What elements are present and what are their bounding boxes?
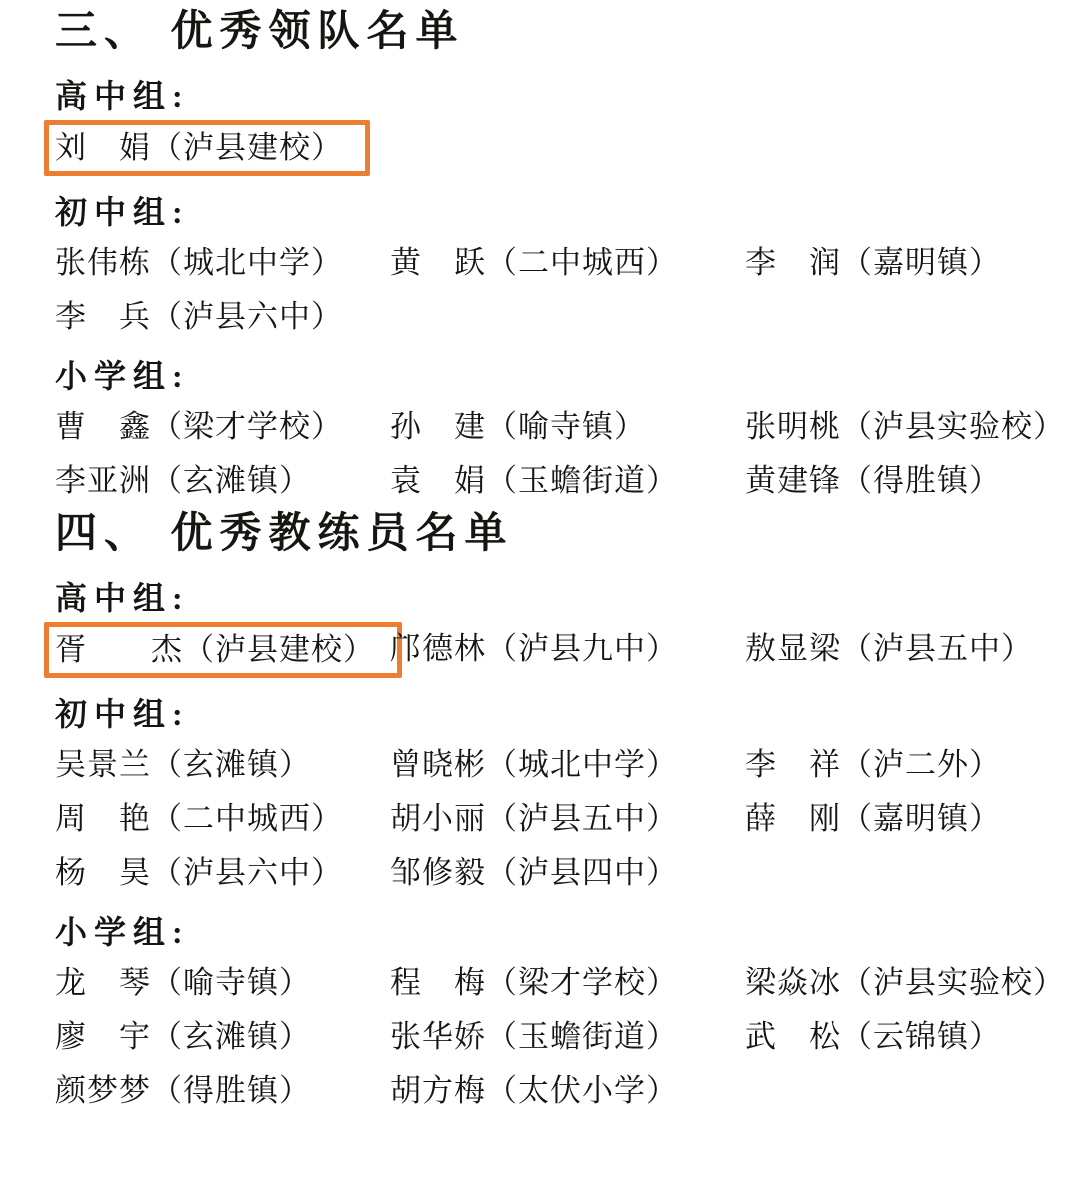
name-entry: 胡小丽（泸县五中） [390,792,678,846]
name-entry: 曾晓彬（城北中学） [390,738,678,792]
name-entry: 曹 鑫（梁才学校） [55,400,343,454]
name-entry-highlighted: 胥 杰（泸县建校） [44,622,402,678]
group-label: 高中组: [55,74,1055,118]
name-row: 张伟栋（城北中学）黄 跃（二中城西）李 润（嘉明镇） [55,236,1055,290]
name-entry: 李 兵（泸县六中） [55,290,343,344]
name-entry: 黄建锋（得胜镇） [745,454,1001,508]
name-entry: 黄 跃（二中城西） [390,236,678,290]
name-entry: 梁焱冰（泸县实验校） [745,956,1065,1010]
name-row: 李亚洲（玄滩镇）袁 娟（玉蟾街道）黄建锋（得胜镇） [55,454,1055,508]
name-row: 廖 宇（玄滩镇）张华娇（玉蟾街道）武 松（云锦镇） [55,1010,1055,1064]
name-entry: 薛 刚（嘉明镇） [745,792,1001,846]
name-entry: 袁 娟（玉蟾街道） [390,454,678,508]
award-section: 四、 优秀教练员名单高中组:胥 杰（泸县建校）邝德林（泸县九中）敖显梁（泸县五中… [55,508,1055,1118]
name-entry: 孙 建（喻寺镇） [390,400,646,454]
name-entry: 吴景兰（玄滩镇） [55,738,311,792]
name-entry: 周 艳（二中城西） [55,792,343,846]
name-entry: 颜梦梦（得胜镇） [55,1064,311,1118]
name-entry: 敖显梁（泸县五中） [745,622,1033,676]
name-entry: 张华娇（玉蟾街道） [390,1010,678,1064]
name-entry: 张伟栋（城北中学） [55,236,343,290]
name-entry: 邝德林（泸县九中） [390,622,678,676]
name-entry: 龙 琴（喻寺镇） [55,956,311,1010]
document-page: 三、 优秀领队名单高中组:刘 娟（泸县建校）初中组:张伟栋（城北中学）黄 跃（二… [0,0,1080,1182]
name-row: 颜梦梦（得胜镇）胡方梅（太伏小学） [55,1064,1055,1118]
name-row: 曹 鑫（梁才学校）孙 建（喻寺镇）张明桃（泸县实验校） [55,400,1055,454]
group-label: 小学组: [55,354,1055,398]
name-row: 胥 杰（泸县建校）邝德林（泸县九中）敖显梁（泸县五中） [55,622,1055,682]
name-entry-highlighted: 刘 娟（泸县建校） [44,120,370,176]
name-entry: 邹修毅（泸县四中） [390,846,678,900]
name-row: 李 兵（泸县六中） [55,290,1055,344]
name-row: 龙 琴（喻寺镇）程 梅（梁才学校）梁焱冰（泸县实验校） [55,956,1055,1010]
award-section: 三、 优秀领队名单高中组:刘 娟（泸县建校）初中组:张伟栋（城北中学）黄 跃（二… [55,6,1055,508]
name-entry: 武 松（云锦镇） [745,1010,1001,1064]
section-heading: 三、 优秀领队名单 [55,6,1055,58]
group-label: 初中组: [55,692,1055,736]
name-entry: 李亚洲（玄滩镇） [55,454,311,508]
group-label: 高中组: [55,576,1055,620]
name-entry: 胡方梅（太伏小学） [390,1064,678,1118]
name-entry: 李 润（嘉明镇） [745,236,1001,290]
name-row: 吴景兰（玄滩镇）曾晓彬（城北中学）李 祥（泸二外） [55,738,1055,792]
name-row: 杨 昊（泸县六中）邹修毅（泸县四中） [55,846,1055,900]
name-entry: 李 祥（泸二外） [745,738,1001,792]
name-entry: 杨 昊（泸县六中） [55,846,343,900]
name-entry: 廖 宇（玄滩镇） [55,1010,311,1064]
name-row: 刘 娟（泸县建校） [55,120,1055,180]
group-label: 小学组: [55,910,1055,954]
name-row: 周 艳（二中城西）胡小丽（泸县五中）薛 刚（嘉明镇） [55,792,1055,846]
group-label: 初中组: [55,190,1055,234]
name-entry: 张明桃（泸县实验校） [745,400,1065,454]
name-entry: 程 梅（梁才学校） [390,956,678,1010]
section-heading: 四、 优秀教练员名单 [55,508,1055,560]
